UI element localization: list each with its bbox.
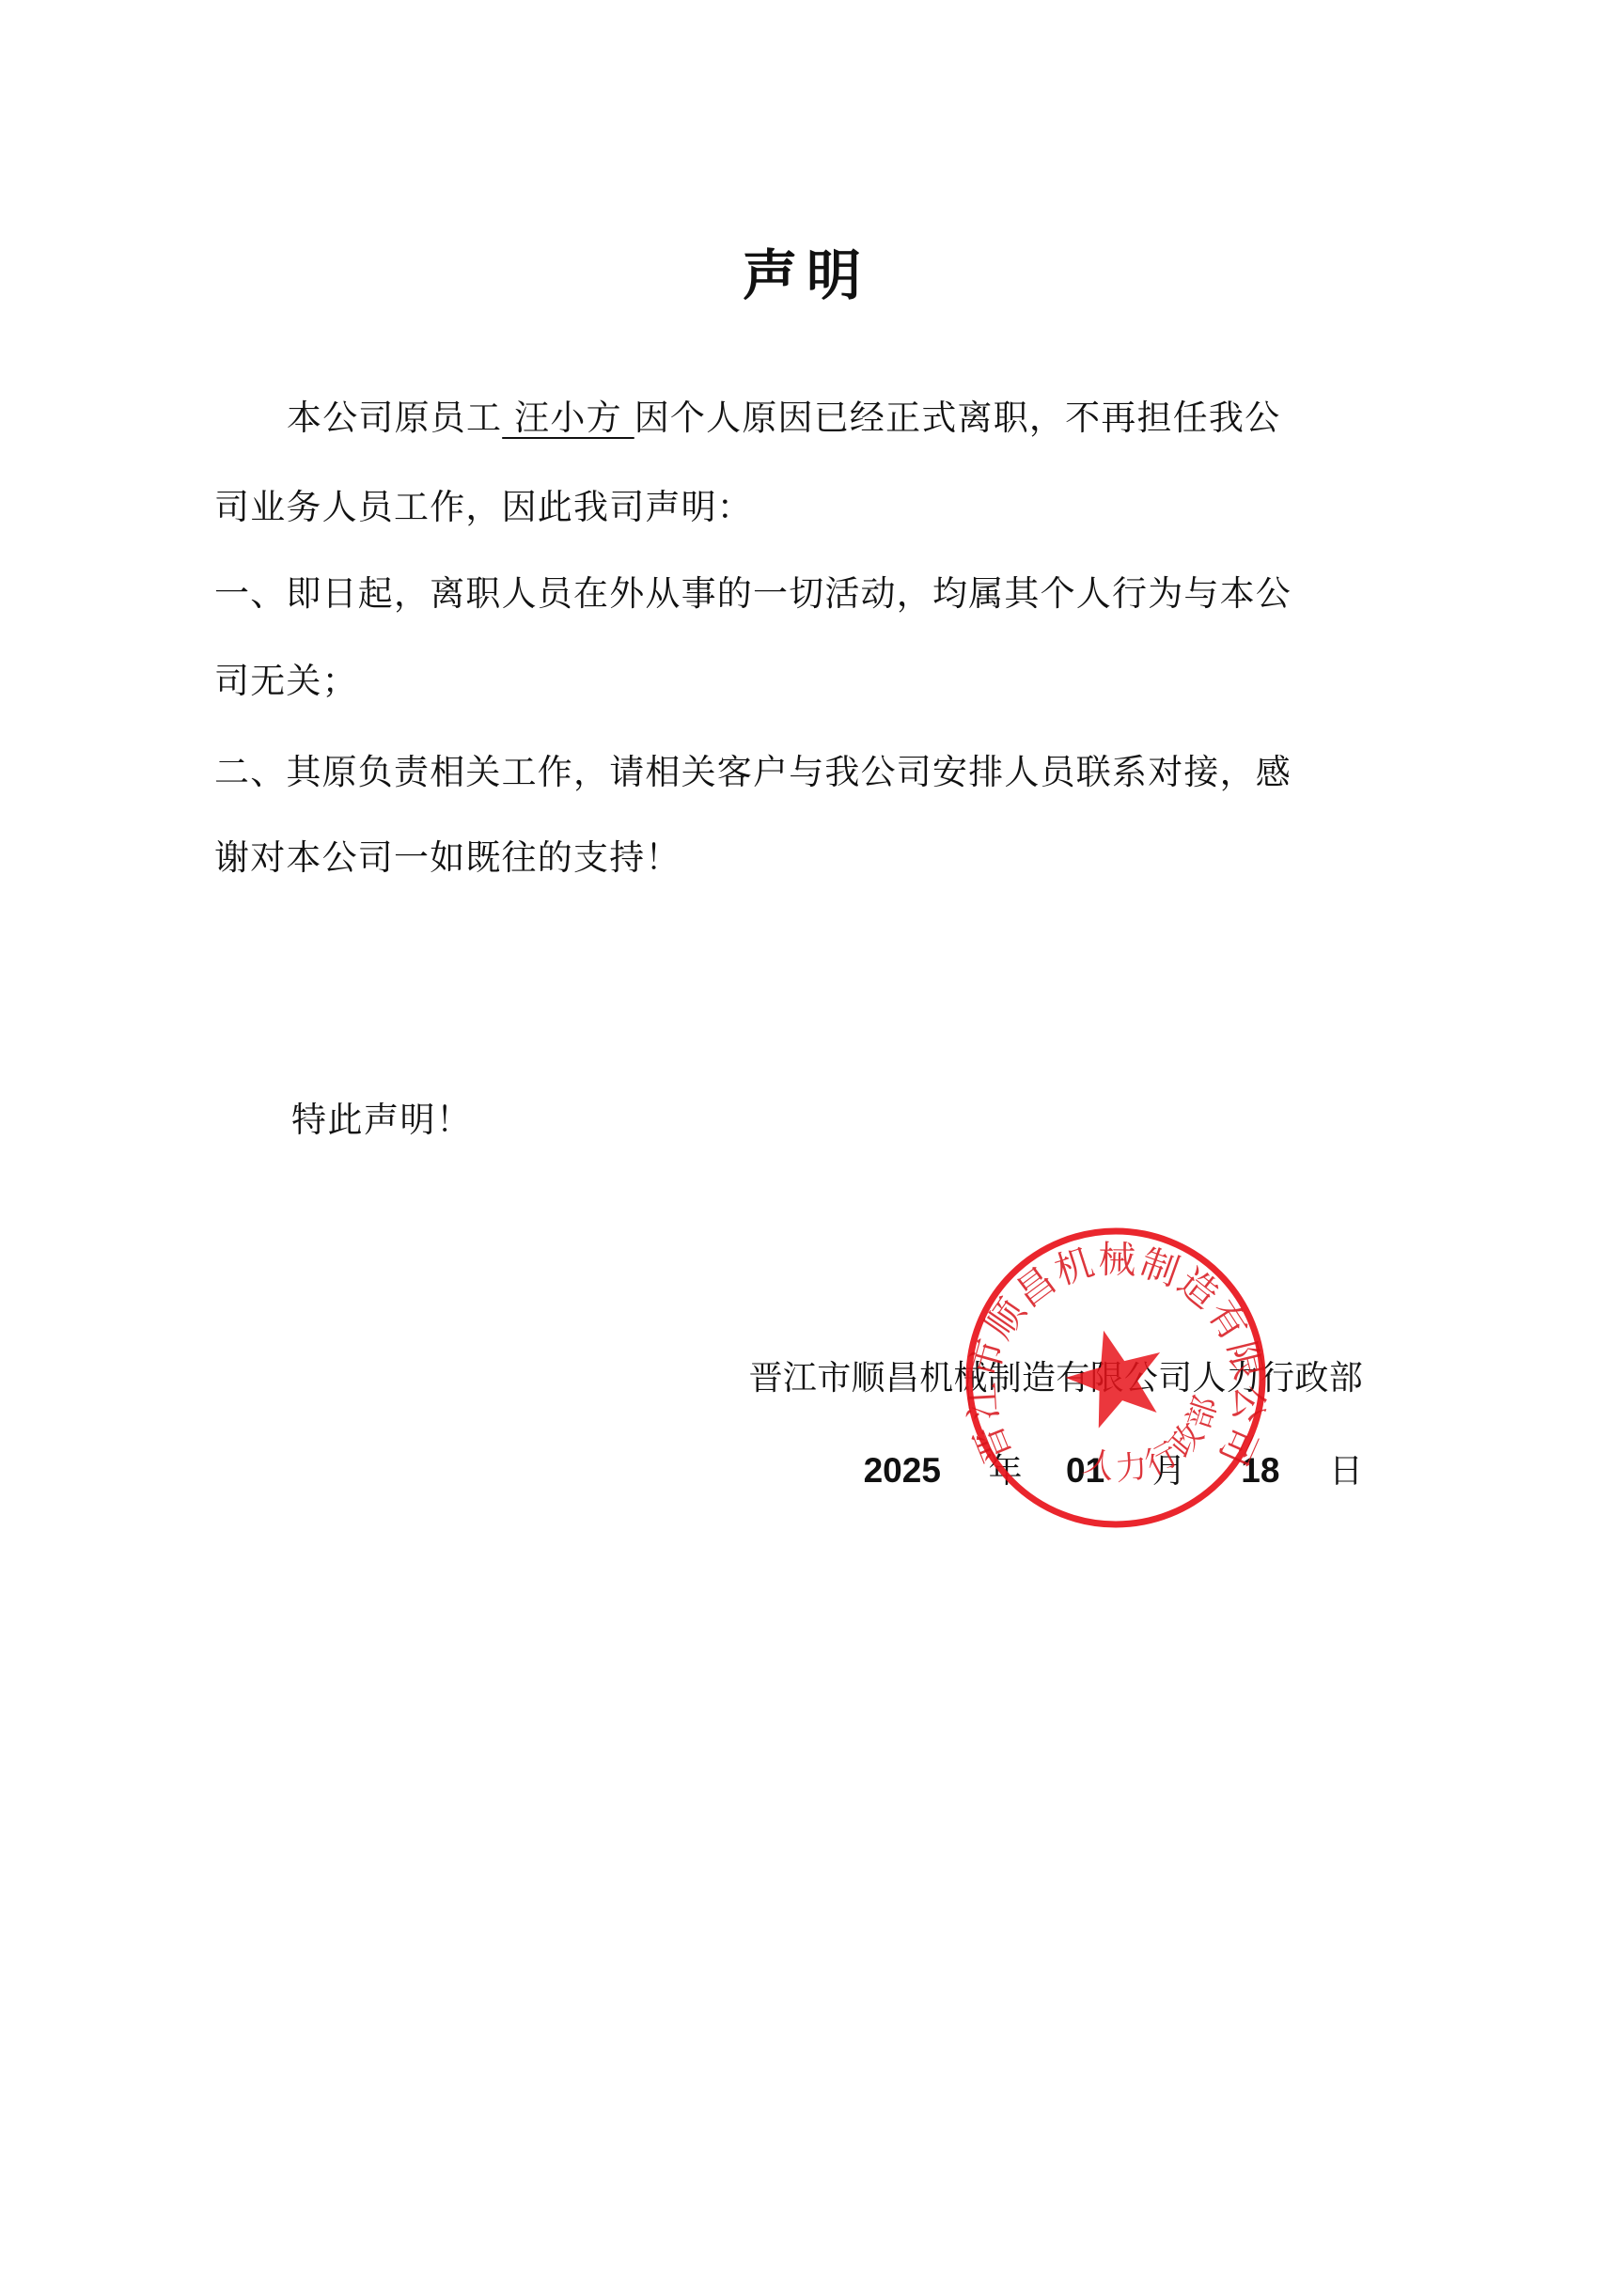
paragraph1-line2: 司业务人员工作，因此我司声明： bbox=[214, 484, 753, 531]
date-day-unit: 日 bbox=[1329, 1448, 1363, 1495]
item2-line2: 谢对本公司一如既往的支持！ bbox=[214, 835, 681, 882]
date-year-unit: 年 bbox=[988, 1448, 1022, 1495]
item1-line1: 一、即日起，离职人员在外从事的一切活动，均属其个人行为与本公 bbox=[214, 570, 1292, 617]
document-title: 声明 bbox=[0, 242, 1613, 308]
item2-line1: 二、其原负责相关工作，请相关客户与我公司安排人员联系对接，感 bbox=[214, 749, 1292, 796]
closing-statement: 特此声明！ bbox=[291, 1097, 473, 1144]
employee-name: 汪小方 bbox=[502, 398, 634, 438]
paragraph1-prefix: 本公司原员工 bbox=[287, 398, 502, 438]
date-day: 18 bbox=[1241, 1447, 1279, 1494]
paragraph1-line1: 本公司原员工 汪小方 因个人原因已经正式离职，不再担任我公 bbox=[287, 395, 1280, 442]
paragraph1-suffix: 因个人原因已经正式离职，不再担任我公 bbox=[634, 398, 1281, 438]
signature-date: 2025 年 01 月 18 日 bbox=[864, 1447, 1363, 1495]
item1-line2: 司无关； bbox=[214, 658, 358, 705]
date-month-unit: 月 bbox=[1152, 1448, 1186, 1495]
date-month: 01 bbox=[1066, 1447, 1104, 1494]
date-year: 2025 bbox=[864, 1447, 941, 1494]
signature-department: 晋江市顺昌机械制造有限公司人力行政部 bbox=[749, 1355, 1363, 1402]
